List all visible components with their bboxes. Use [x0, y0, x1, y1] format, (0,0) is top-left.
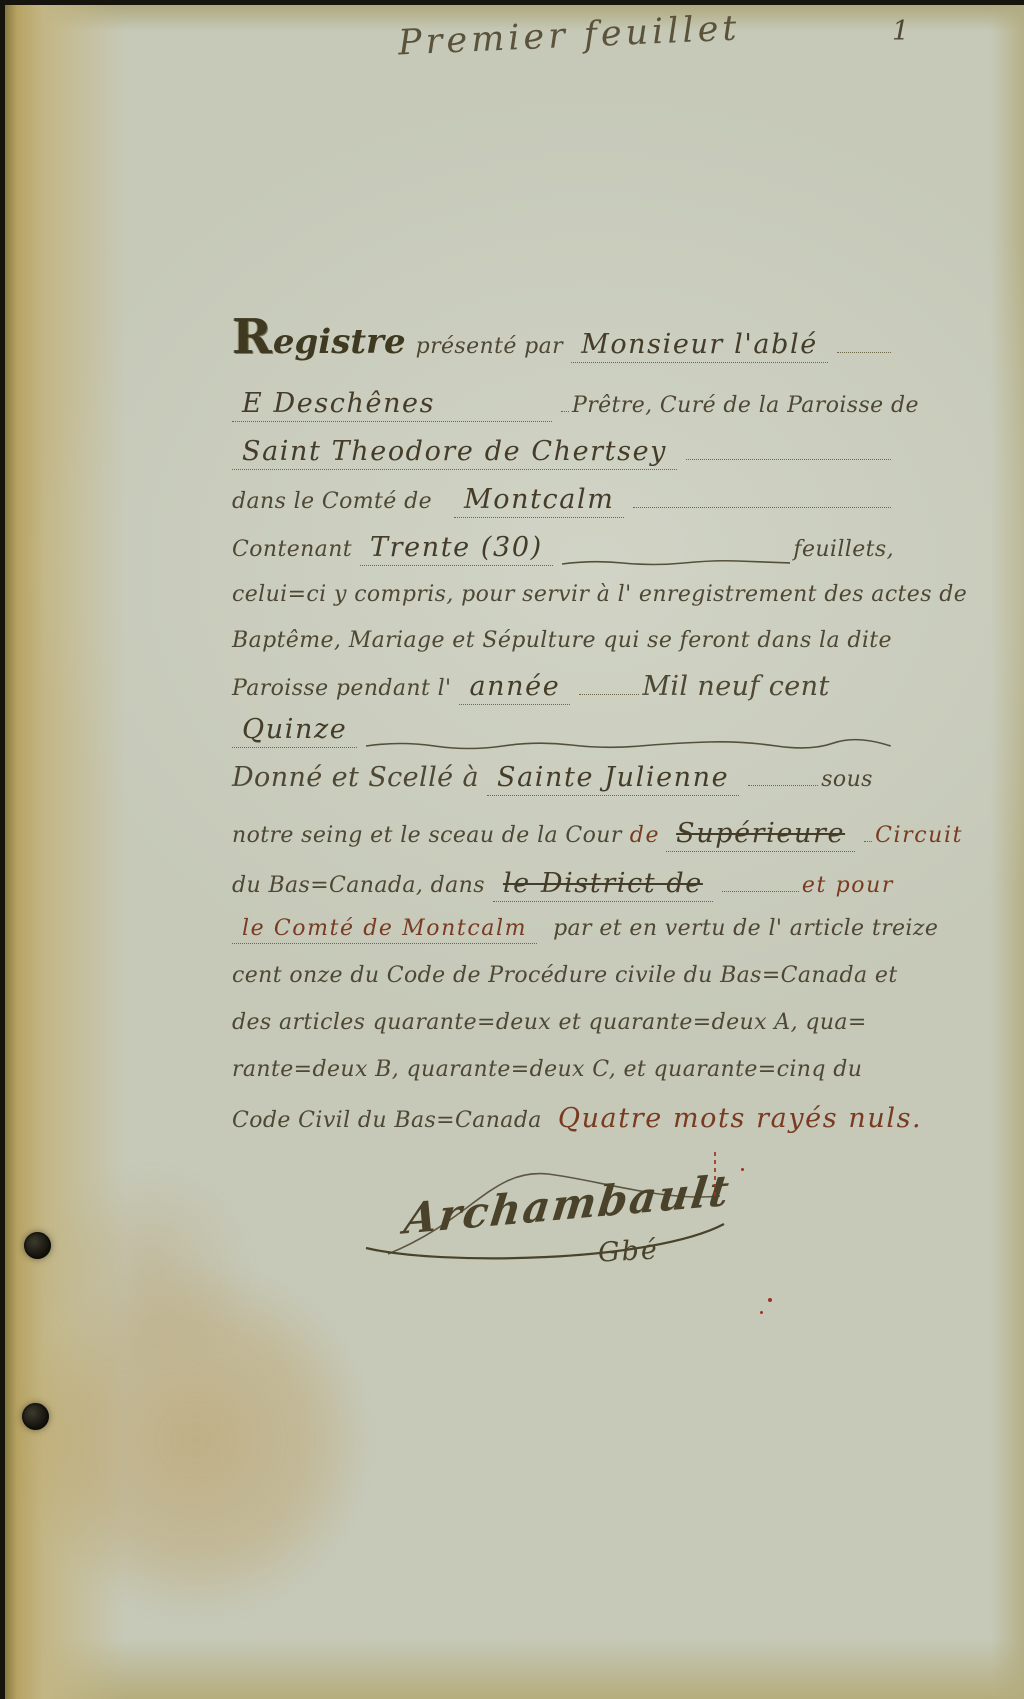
- hw-red-et-pour: et pour: [802, 873, 894, 898]
- form-line-code-civil: Code Civil du Bas=Canada Quatre mots ray…: [232, 1103, 894, 1145]
- form-line-articles: des articles quarante=deux et quarante=d…: [232, 1010, 894, 1052]
- hw-superieure-struck: Supérieure: [666, 818, 855, 852]
- blank-rule: [748, 763, 818, 786]
- printed-bapteme: Baptême, Mariage et Sépulture qui se fer…: [232, 628, 892, 653]
- printed-presente-par: présenté par: [416, 334, 563, 359]
- red-ink-speck: [768, 1298, 772, 1302]
- printed-articles: des articles quarante=deux et quarante=d…: [232, 1010, 867, 1035]
- printed-feuillets: feuillets,: [793, 537, 894, 562]
- form-line-comte: dans le Comté de Montcalm: [232, 484, 894, 526]
- printed-pretre: Prêtre, Curé de la Paroisse de: [572, 393, 919, 418]
- form-line-cour: notre seing et le sceau de la Cour de Su…: [232, 818, 894, 860]
- printed-par-vertu: par et en vertu de l' article treize: [553, 916, 938, 941]
- red-ink-dashed-mark: [714, 1152, 716, 1198]
- punch-hole-bottom: [22, 1403, 49, 1430]
- signature-paraph: Gbé: [597, 1234, 659, 1268]
- printed-notre-seing: notre seing et le sceau de la Cour: [232, 823, 622, 848]
- printed-donne-scelle: Donné et Scellé à: [232, 762, 479, 793]
- blank-rule: [561, 389, 569, 412]
- red-ink-speck: [760, 1311, 763, 1314]
- form-line-comte-red: le Comté de Montcalm par et en vertu de …: [232, 916, 894, 958]
- red-ink-speck: [741, 1168, 744, 1171]
- hw-district-struck: le District de: [493, 868, 713, 902]
- hw-wave-flourish: [366, 738, 891, 750]
- form-line-rante: rante=deux B, quarante=deux C, et quaran…: [232, 1057, 894, 1099]
- page-number: 1: [892, 16, 909, 47]
- form-line-district: du Bas=Canada, dans le District de et po…: [232, 868, 894, 910]
- form-line-cent-onze: cent onze du Code de Procédure civile du…: [232, 963, 894, 1005]
- hw-red-circuit: Circuit: [875, 823, 963, 848]
- form-line-annee: Paroisse pendant l' année Mil neuf cent: [232, 671, 894, 713]
- blank-rule: [864, 819, 872, 842]
- hw-cure-name: E Deschênes: [232, 388, 552, 422]
- form-line-registre: R egistre présenté par Monsieur l'ablé: [232, 322, 894, 378]
- blank-rule: [579, 672, 639, 695]
- form-line-contenant: Contenant Trente (30) feuillets,: [232, 532, 894, 574]
- printed-du-bas-canada: du Bas=Canada, dans: [232, 873, 485, 898]
- form-line-bapteme: Baptême, Mariage et Sépulture qui se fer…: [232, 628, 894, 670]
- printed-contenant: Contenant: [232, 537, 352, 562]
- printed-cent-onze: cent onze du Code de Procédure civile du…: [232, 963, 898, 988]
- printed-mil-neuf-cent: Mil neuf cent: [642, 671, 829, 702]
- hw-quatre-mots: Quatre mots rayés nuls.: [558, 1103, 922, 1134]
- hw-red-comte: le Comté de Montcalm: [232, 916, 537, 944]
- hw-annee-value: Quinze: [232, 714, 357, 748]
- age-stain-small: [45, 1170, 255, 1370]
- printed-dans-comte: dans le Comté de: [232, 489, 432, 514]
- hw-feuillet-count: Trente (30): [360, 532, 553, 566]
- hw-paroisse-name: Saint Theodore de Chertsey: [232, 436, 677, 470]
- form-line-paroisse: Saint Theodore de Chertsey: [232, 436, 894, 478]
- printed-paroisse-pendant: Paroisse pendant l': [232, 676, 451, 701]
- blank-rule: [686, 437, 891, 460]
- hw-presented-by: Monsieur l'ablé: [571, 329, 828, 363]
- punch-hole-top: [24, 1232, 51, 1259]
- hw-red-de: de: [630, 823, 660, 848]
- form-line-quinze: Quinze: [232, 714, 894, 756]
- printed-sous: sous: [821, 767, 873, 792]
- signature-block: Archambault Gbé: [352, 1150, 752, 1280]
- form-line-cure: E Deschênes Prêtre, Curé de la Paroisse …: [232, 388, 894, 430]
- form-line-celui: celui=ci y compris, pour servir à l' enr…: [232, 582, 894, 624]
- printed-rante: rante=deux B, quarante=deux C, et quaran…: [232, 1057, 862, 1082]
- blank-rule: [633, 485, 891, 508]
- printed-celui: celui=ci y compris, pour servir à l' enr…: [232, 582, 967, 607]
- age-stain-large: [25, 1260, 365, 1620]
- hw-lieu: Sainte Julienne: [487, 762, 739, 796]
- blank-rule: [722, 869, 799, 892]
- printed-code-civil: Code Civil du Bas=Canada: [232, 1108, 542, 1133]
- blank-rule: [837, 330, 891, 353]
- registre-word: egistre: [273, 322, 406, 362]
- form-line-donne: Donné et Scellé à Sainte Julienne sous: [232, 762, 894, 812]
- hw-dash-flourish: [562, 556, 791, 568]
- hw-annee: année: [459, 671, 570, 705]
- hw-comte-name: Montcalm: [454, 484, 624, 518]
